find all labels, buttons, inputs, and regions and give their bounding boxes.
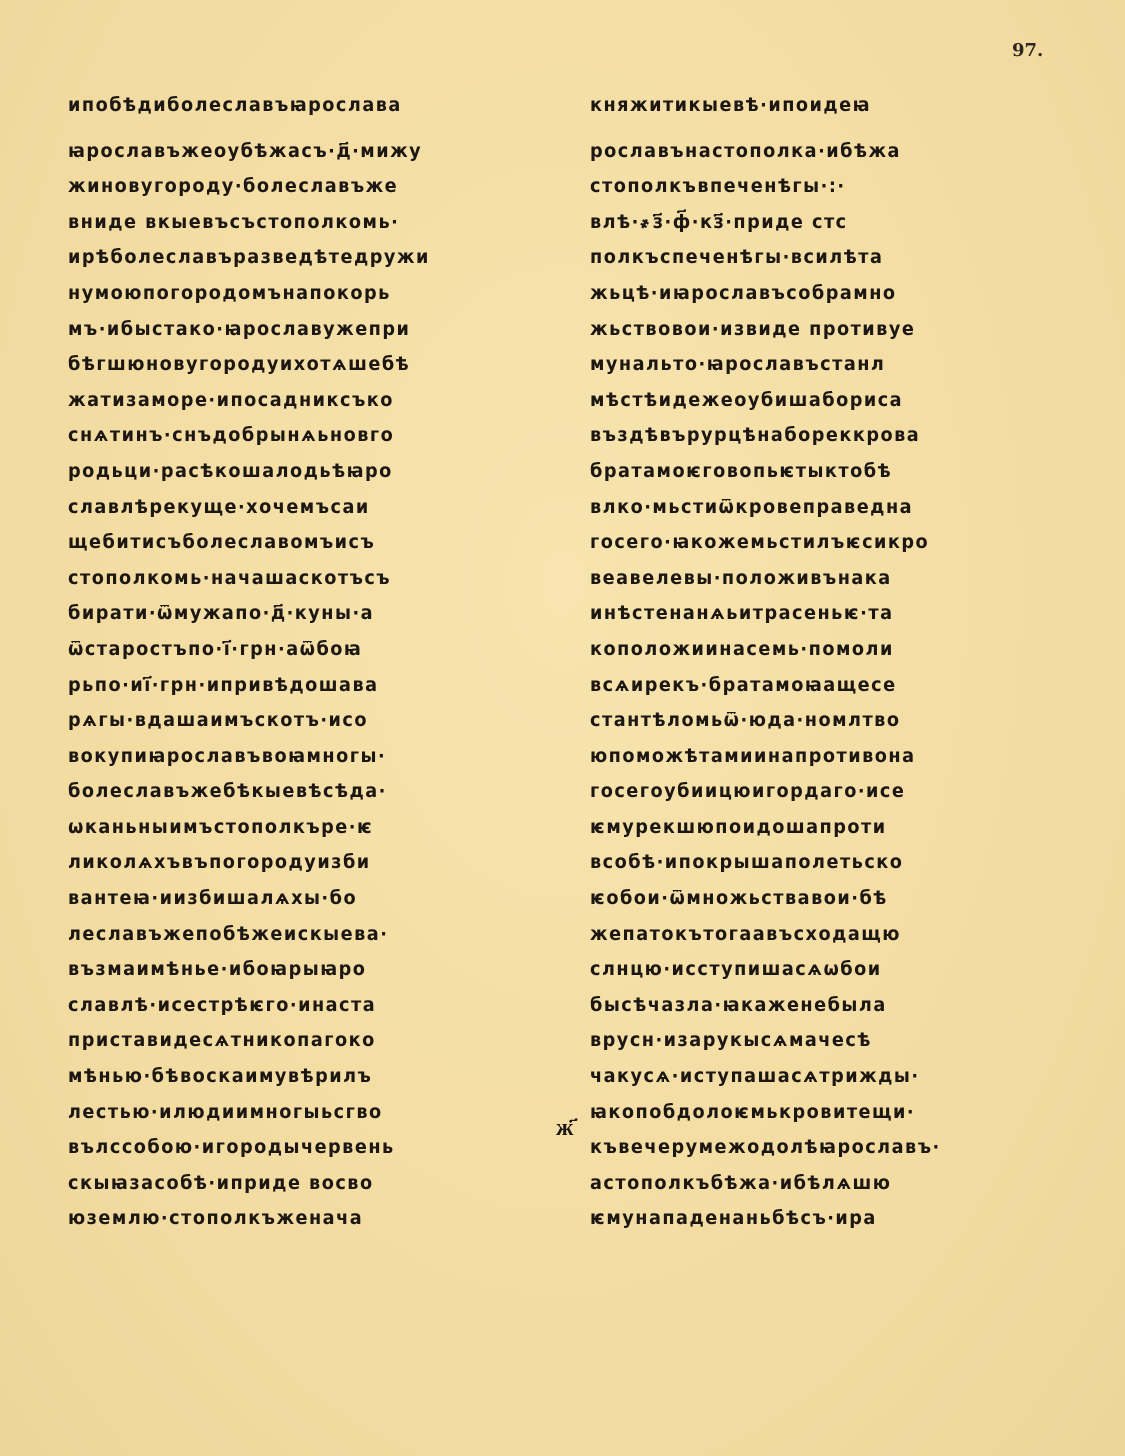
text-line: всобѣ·ипокрышаполетьско [590,845,1055,881]
text-line: жиновугороду·болеславъже [68,169,524,205]
text-line: веавелевы·положивънака [590,561,1055,597]
text-line: рѧгы·вдашаимъскотъ·исо [68,703,524,739]
text-line: въздѣвърурцѣнабореккрова [590,418,1055,454]
text-line: жепатокътогаавъсходащю [590,917,1055,953]
text-line: къвечерумежодолѣꙗрославъ· [590,1130,1055,1166]
text-line: братамоѥговопьѥтыктобѣ [590,454,1055,490]
text-line: нумоюпогородомънапокорь [68,276,524,312]
text-line: стантѣломьѿ·юда·номлтво [590,703,1055,739]
text-line: всѧирекъ·братамоꙗащесе [590,668,1055,704]
text-line: ѥмурекшюпоидошапроти [590,810,1055,846]
text-line: славлѣ·исестрѣѥго·инаста [68,988,524,1024]
text-line: бысѣчазла·ꙗкаженебыла [590,988,1055,1024]
text-line: слнцю·исступишасѧѡбои [590,952,1055,988]
text-line: жьствовои·извиде противуе [590,312,1055,348]
text-line: вълссобою·игородычервень [68,1130,524,1166]
text-line: мунальто·ꙗрославъстанл [590,347,1055,383]
text-line: ꙗкопобдолоѥмькровитещи· [590,1095,1055,1131]
text-line: жьцѣ·иꙗрославъсобрамно [590,276,1055,312]
text-line: стополкъвпеченѣгы·:· [590,169,1055,205]
left-column: ипобѣдиболеславъꙗрослава ꙗрославъжеоубѣж… [68,88,558,1237]
text-line: скыꙗзасобѣ·иприде восво [68,1166,524,1202]
text-line: родьци·расѣкошалодьѣꙗро [68,454,524,490]
text-line: леславъжепобѣжеискыева· [68,917,524,953]
text-line: астополкъбѣжа·ибѣлѧшю [590,1166,1055,1202]
text-line: полкъспеченѣгы·всилѣта [590,240,1055,276]
text-line: коположиинасемь·помоли [590,632,1055,668]
text-line: щебитисъболеславомъисъ [68,525,524,561]
text-line: мѣнью·бѣвоскаимувѣрилъ [68,1059,524,1095]
marginal-mark: ж҃ [556,1112,573,1142]
text-line: влко·мьстиѿкровеправедна [590,490,1055,526]
text-line: бѣгшюновугородуихотѧшебѣ [68,347,524,383]
text-line: ꙗрославъжеоубѣжасъ·д҃·мижу [68,134,524,170]
text-line: юпоможѣтамиинапротивона [590,739,1055,775]
text-line: ѥобои·ѿмножьствавои·бѣ [590,881,1055,917]
text-line: мѣстѣидежеоубишабориса [590,383,1055,419]
text-line: ликолѧхъвъпогородуизби [68,845,524,881]
text-line: ѿстаростъпо·і҃·грн·аѿбоꙗ [68,632,524,668]
text-line: ѡканьныимъстополкъре·ѥ [68,810,524,846]
right-column: княжитикыевѣ·ипоидеꙗ рославънастополка·и… [590,88,1090,1237]
text-line: болеславъжебѣкыевѣсѣда· [68,774,524,810]
text-line: вниде вкыевъсъстополкомь· [68,205,524,241]
folio-number: 97. [1012,40,1043,61]
text-line: чакусѧ·иступашасѧтрижды· [590,1059,1055,1095]
text-line: ипобѣдиболеславъꙗрослава [68,88,524,124]
text-line: приставидесѧтникопагоко [68,1023,524,1059]
text-line: ирѣболеславъразведѣтедружи [68,240,524,276]
text-line: лестью·илюдиимногыьсгво [68,1095,524,1131]
text-line: възмаимѣнье·ибоꙗрыꙗро [68,952,524,988]
text-line: бирати·ѿмужапо·д҃·куны·а [68,596,524,632]
text-line: юземлю·стополкъженача [68,1201,524,1237]
text-line: жатизаморе·ипосадниксъко [68,383,524,419]
text-line: ѥмунападенаньбѣсъ·ира [590,1201,1055,1237]
text-line: врусн·изарукысѧмачесѣ [590,1023,1055,1059]
text-line: рьпо·иі҃·грн·ипривѣдошава [68,668,524,704]
text-line: стополкомь·начашаскотъсъ [68,561,524,597]
text-line: княжитикыевѣ·ипоидеꙗ [590,88,1055,124]
text-line: госего·ꙗкожемьстилъѥсикро [590,525,1055,561]
text-line: вокупиꙗрославъвоꙗмногы· [68,739,524,775]
text-line: снѧтинъ·снъдобрынѧьновго [68,418,524,454]
text-line: вантеꙗ·иизбишалѧхы·бо [68,881,524,917]
text-line: славлѣрекуще·хочемъсаи [68,490,524,526]
text-line: мъ·ибыстако·ꙗрославужепри [68,312,524,348]
text-line: влѣ·҂з҃·ф҃·кз҃·Приде стс [590,205,1055,241]
text-line: госегоубиицюигордаго·исе [590,774,1055,810]
text-line: рославънастополка·ибѣжа [590,134,1055,170]
text-line: инѣстенанѧьитрасеньѥ·та [590,596,1055,632]
